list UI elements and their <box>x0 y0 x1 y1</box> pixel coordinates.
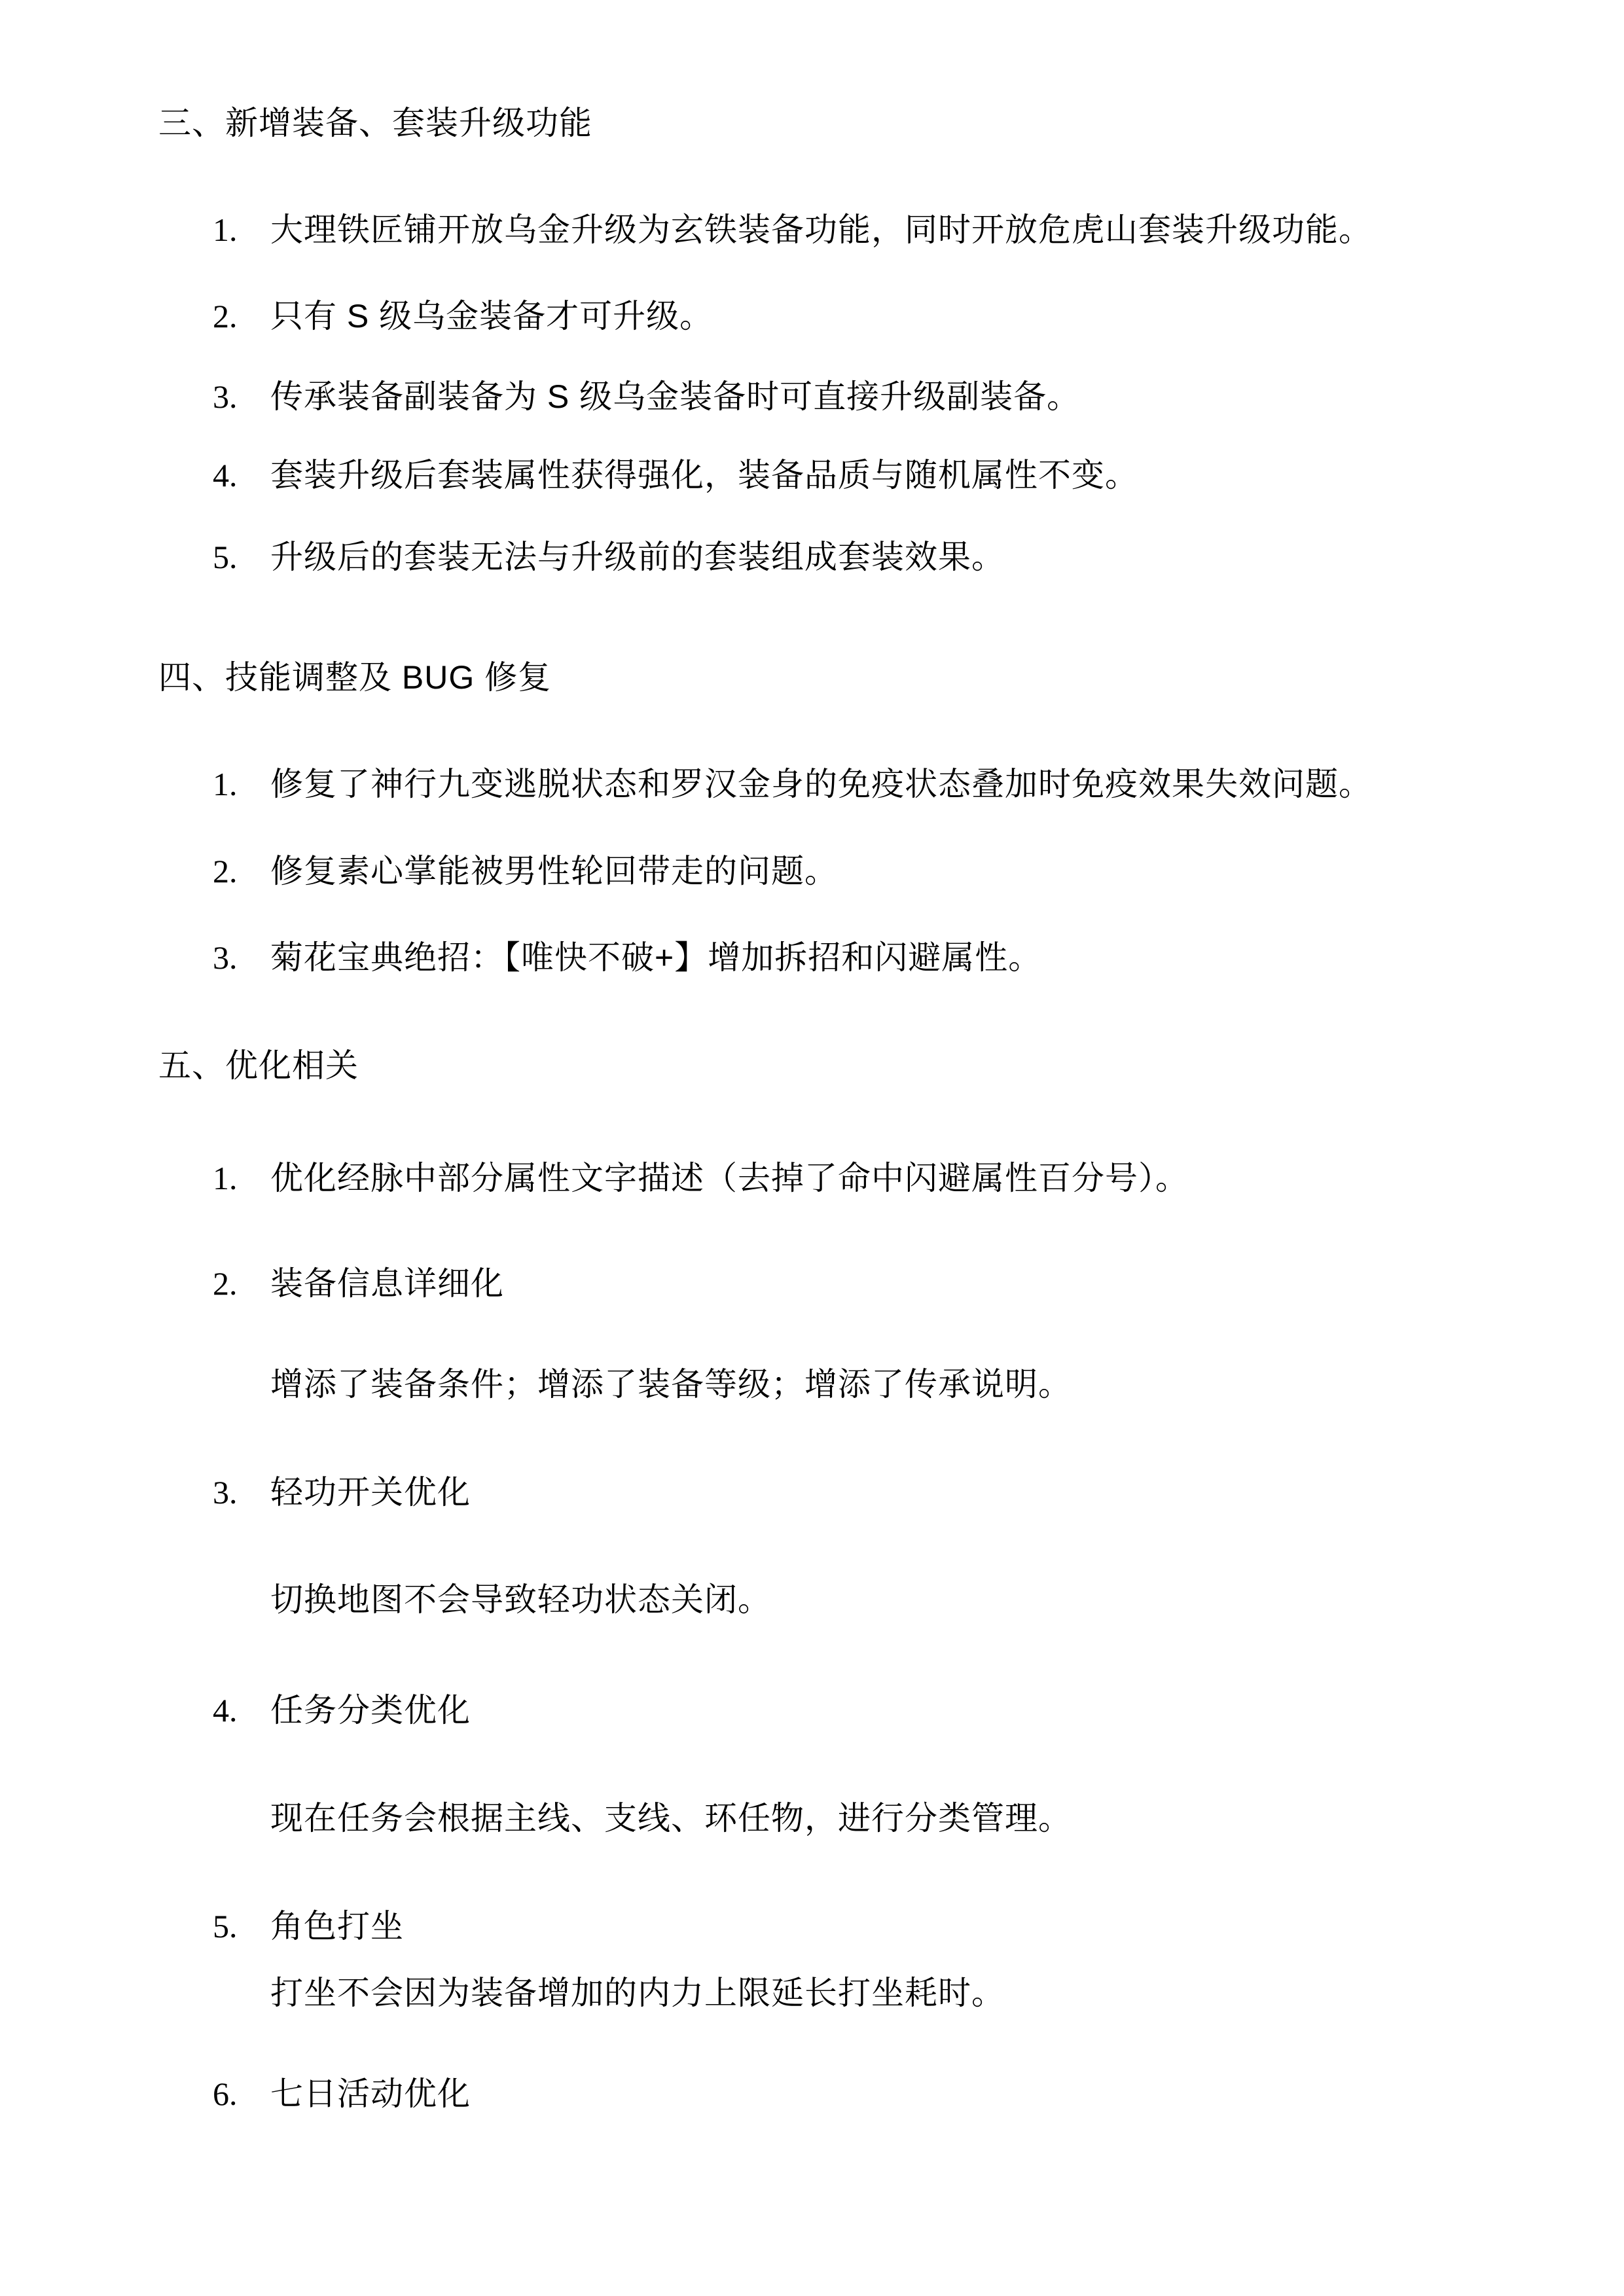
list-item-text: 任务分类优化 <box>270 1692 471 1729</box>
list-item-number: 4. <box>213 1692 270 1730</box>
list-item: 1.优化经脉中部分属性文字描述（去掉了命中闪避属性百分号）。 <box>0 1160 1624 1198</box>
list-item-text: 套装升级后套装属性获得强化，装备品质与随机属性不变。 <box>270 457 1138 493</box>
list-item-number: 2. <box>213 853 270 891</box>
list-item-number: 1. <box>213 1160 270 1198</box>
document-page: 三、新增装备、套装升级功能 1.大理铁匠铺开放乌金升级为玄铁装备功能，同时开放危… <box>0 0 1624 2296</box>
sub-paragraph: 打坐不会因为装备增加的内力上限延长打坐耗时。 <box>0 1975 1624 2013</box>
list-item-number: 1. <box>213 211 270 249</box>
section-heading-5: 五、优化相关 <box>0 1047 1624 1085</box>
list-item-text: 修复了神行九变逃脱状态和罗汉金身的免疫状态叠加时免疫效果失效问题。 <box>270 766 1372 802</box>
list-item: 4.任务分类优化 <box>0 1692 1624 1730</box>
list-item: 2.修复素心掌能被男性轮回带走的问题。 <box>0 853 1624 891</box>
list-item-text: 传承装备副装备为 S 级乌金装备时可直接升级副装备。 <box>270 378 1080 415</box>
list-item-text: 大理铁匠铺开放乌金升级为玄铁装备功能，同时开放危虎山套装升级功能。 <box>270 211 1372 248</box>
sub-paragraph: 现在任务会根据主线、支线、环任物，进行分类管理。 <box>0 1800 1624 1838</box>
list-item-text: 轻功开关优化 <box>270 1474 471 1511</box>
list-item-text: 角色打坐 <box>270 1908 404 1945</box>
list-item-text: 修复素心掌能被男性轮回带走的问题。 <box>270 853 838 889</box>
list-item-text: 优化经脉中部分属性文字描述（去掉了命中闪避属性百分号）。 <box>270 1160 1189 1196</box>
list-item: 1.大理铁匠铺开放乌金升级为玄铁装备功能，同时开放危虎山套装升级功能。 <box>0 211 1624 249</box>
sub-paragraph: 增添了装备条件；增添了装备等级；增添了传承说明。 <box>0 1366 1624 1404</box>
list-item: 3.传承装备副装备为 S 级乌金装备时可直接升级副装备。 <box>0 378 1624 416</box>
list-item-number: 5. <box>213 539 270 577</box>
list-item-text: 只有 S 级乌金装备才可升级。 <box>270 298 713 334</box>
sub-paragraph: 切换地图不会导致轻功状态关闭。 <box>0 1581 1624 1619</box>
list-item-text: 升级后的套装无法与升级前的套装组成套装效果。 <box>270 539 1005 575</box>
section-heading-4: 四、技能调整及 BUG 修复 <box>0 659 1624 697</box>
list-item-number: 4. <box>213 457 270 495</box>
list-item-number: 3. <box>213 939 270 977</box>
list-item: 1.修复了神行九变逃脱状态和罗汉金身的免疫状态叠加时免疫效果失效问题。 <box>0 766 1624 804</box>
list-item-number: 3. <box>213 1474 270 1512</box>
list-item-text: 装备信息详细化 <box>270 1265 504 1302</box>
list-item-number: 2. <box>213 1265 270 1303</box>
list-item: 4.套装升级后套装属性获得强化，装备品质与随机属性不变。 <box>0 457 1624 495</box>
list-item-number: 5. <box>213 1908 270 1946</box>
list-item-text: 菊花宝典绝招：【唯快不破+】增加拆招和闪避属性。 <box>270 939 1041 976</box>
list-item: 2.只有 S 级乌金装备才可升级。 <box>0 298 1624 336</box>
list-item: 2.装备信息详细化 <box>0 1265 1624 1303</box>
list-item-number: 1. <box>213 766 270 804</box>
list-item-number: 6. <box>213 2075 270 2113</box>
list-item-number: 3. <box>213 378 270 416</box>
list-item-number: 2. <box>213 298 270 336</box>
list-item: 3.轻功开关优化 <box>0 1474 1624 1512</box>
list-item-text: 七日活动优化 <box>270 2075 471 2112</box>
list-item: 3.菊花宝典绝招：【唯快不破+】增加拆招和闪避属性。 <box>0 939 1624 977</box>
list-item: 6.七日活动优化 <box>0 2075 1624 2113</box>
list-item: 5.角色打坐 <box>0 1908 1624 1946</box>
section-heading-3: 三、新增装备、套装升级功能 <box>0 105 1624 143</box>
list-item: 5.升级后的套装无法与升级前的套装组成套装效果。 <box>0 539 1624 577</box>
